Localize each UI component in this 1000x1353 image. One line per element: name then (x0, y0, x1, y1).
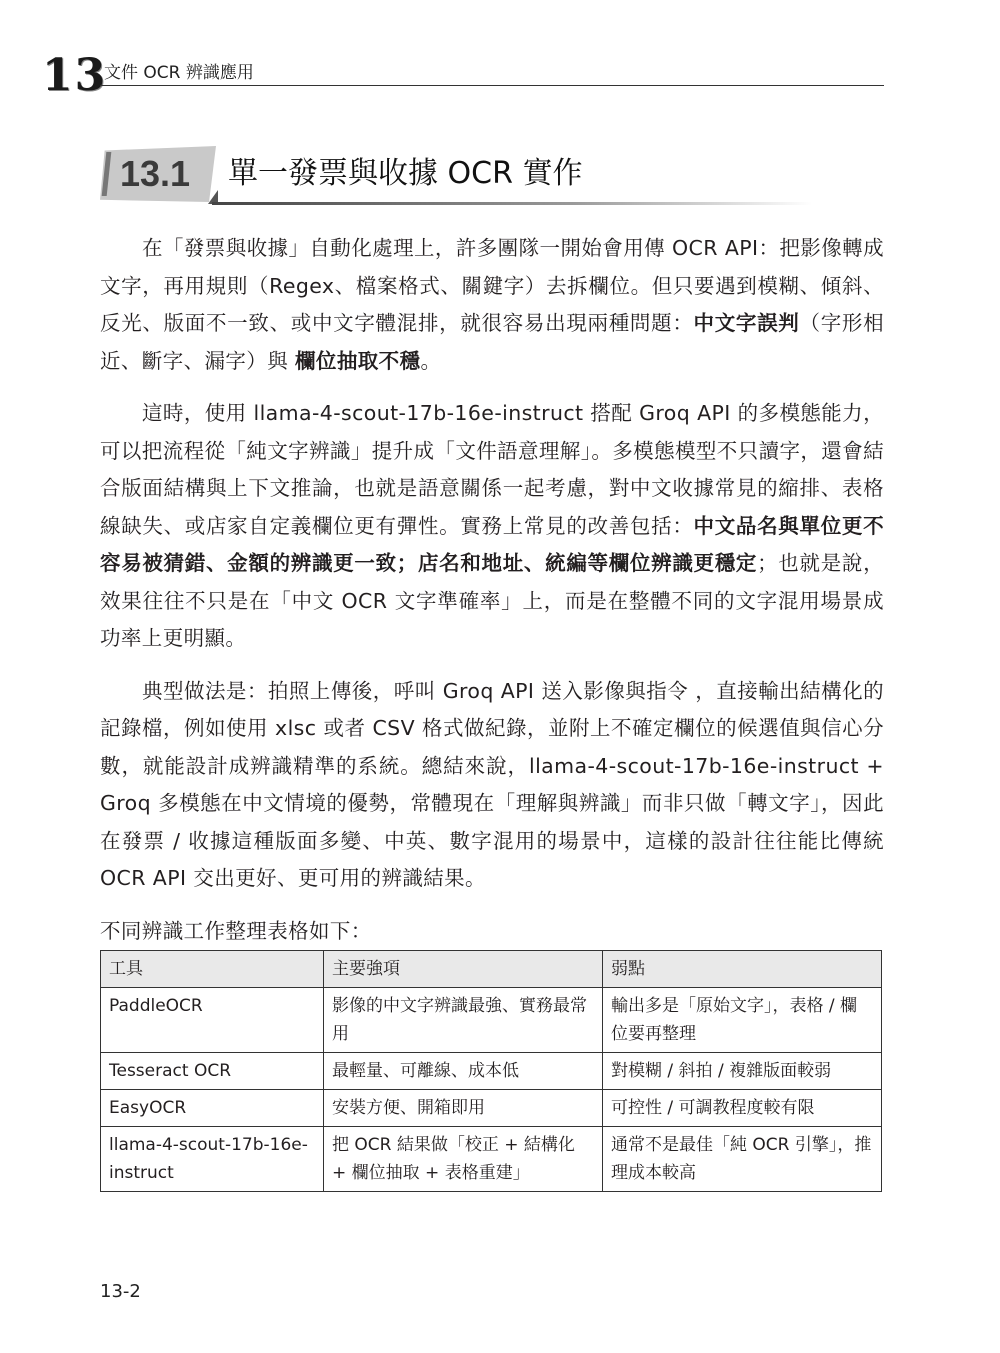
cell-weakness: 對模糊 / 斜拍 / 複雜版面較弱 (603, 1053, 882, 1090)
running-head: 13 文件 OCR 辨識應用 (42, 52, 884, 100)
cell-strength: 安裝方便、開箱即用 (324, 1090, 603, 1127)
cell-tool: Tesseract OCR (101, 1053, 324, 1090)
column-header-strength: 主要強項 (324, 951, 603, 988)
body-text: 在「發票與收據」自動化處理上，許多團隊一開始會用傳 OCR API：把影像轉成文… (100, 230, 884, 965)
table-row: EasyOCR 安裝方便、開箱即用 可控性 / 可調教程度較有限 (101, 1090, 882, 1127)
table-row: Tesseract OCR 最輕量、可離線、成本低 對模糊 / 斜拍 / 複雜版… (101, 1053, 882, 1090)
cell-strength: 把 OCR 結果做「校正 + 結構化 + 欄位抽取 + 表格重建」 (324, 1127, 603, 1192)
section-heading: 13.1 單一發票與收據 OCR 實作 (100, 146, 900, 204)
column-header-weakness: 弱點 (603, 951, 882, 988)
paragraph-text: 典型做法是：拍照上傳後，呼叫 Groq API 送入影像與指令 ，直接輸出結構化… (100, 679, 884, 891)
column-header-tool: 工具 (101, 951, 324, 988)
cell-weakness: 輸出多是「原始文字」，表格 / 欄位要再整理 (603, 988, 882, 1053)
section-number: 13.1 (120, 152, 190, 196)
emphasis-text: 中文字誤判 (694, 311, 800, 335)
table-row: llama-4-scout-17b-16e-instruct 把 OCR 結果做… (101, 1127, 882, 1192)
header-divider (100, 85, 884, 86)
chapter-title: 文件 OCR 辨識應用 (104, 62, 254, 84)
table-header-row: 工具 主要強項 弱點 (101, 951, 882, 988)
cell-strength: 影像的中文字辨識最強、實務最常用 (324, 988, 603, 1053)
cell-weakness: 可控性 / 可調教程度較有限 (603, 1090, 882, 1127)
chapter-number: 13 (42, 52, 107, 100)
paragraph: 在「發票與收據」自動化處理上，許多團隊一開始會用傳 OCR API：把影像轉成文… (100, 230, 884, 380)
paragraph: 這時，使用 llama-4-scout-17b-16e-instruct 搭配 … (100, 395, 884, 658)
section-title: 單一發票與收據 OCR 實作 (228, 154, 582, 194)
table-intro: 不同辨識工作整理表格如下： (100, 913, 884, 951)
cell-strength: 最輕量、可離線、成本低 (324, 1053, 603, 1090)
table-row: PaddleOCR 影像的中文字辨識最強、實務最常用 輸出多是「原始文字」，表格… (101, 988, 882, 1053)
cell-weakness: 通常不是最佳「純 OCR 引擎」，推理成本較高 (603, 1127, 882, 1192)
comparison-table: 工具 主要強項 弱點 PaddleOCR 影像的中文字辨識最強、實務最常用 輸出… (100, 950, 882, 1192)
cell-tool: llama-4-scout-17b-16e-instruct (101, 1127, 324, 1192)
page-number: 13-2 (100, 1281, 141, 1302)
cell-tool: EasyOCR (101, 1090, 324, 1127)
section-underline (212, 202, 812, 205)
cell-tool: PaddleOCR (101, 988, 324, 1053)
paragraph-text: 。 (420, 349, 441, 373)
emphasis-text: 欄位抽取不穩 (295, 349, 420, 373)
paragraph: 典型做法是：拍照上傳後，呼叫 Groq API 送入影像與指令 ，直接輸出結構化… (100, 673, 884, 898)
